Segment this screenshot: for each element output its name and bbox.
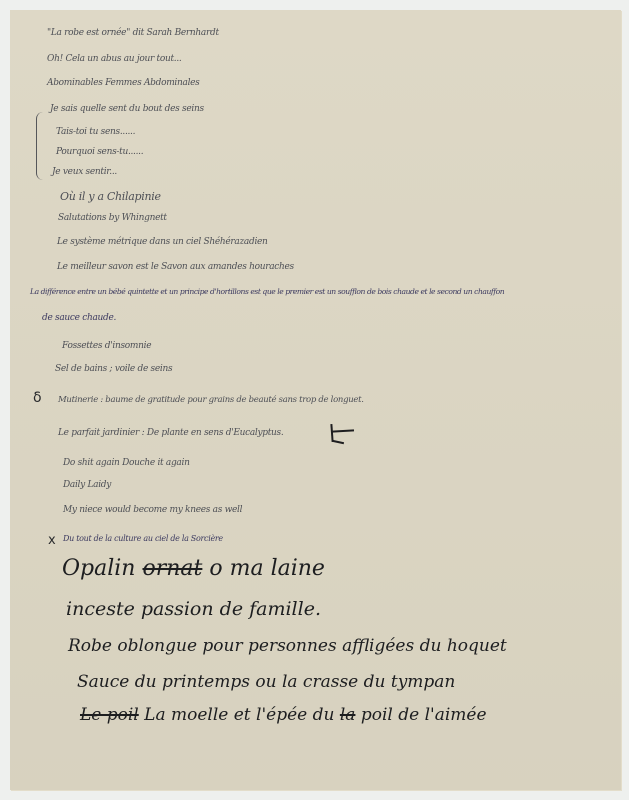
line-text: poil de l'aimée xyxy=(355,705,486,725)
delta-margin-mark: δ xyxy=(33,390,42,406)
manuscript-line: Mutinerie : baume de gratitude pour grai… xyxy=(58,395,364,405)
manuscript-line: Le meilleur savon est le Savon aux amand… xyxy=(57,262,294,272)
line-text: o ma laine xyxy=(202,556,325,581)
x-margin-mark: x xyxy=(48,533,56,548)
corner-bracket-mark xyxy=(327,424,353,442)
manuscript-line: Le système métrique dans un ciel Shéhéra… xyxy=(57,237,268,247)
manuscript-line: Où il y a Chilapinie xyxy=(60,190,161,203)
manuscript-line: Tais-toi tu sens...... xyxy=(56,127,135,137)
manuscript-line: Le parfait jardinier : De plante en sens… xyxy=(58,428,283,438)
manuscript-line: Opalin ornat o ma laine xyxy=(62,556,325,581)
manuscript-line: Fossettes d'insomnie xyxy=(62,341,151,351)
manuscript-line: Sauce du printemps ou la crasse du tympa… xyxy=(77,672,455,692)
manuscript-line: Do shit again Douche it again xyxy=(63,458,190,468)
manuscript-line: Je veux sentir... xyxy=(52,167,117,177)
manuscript-line: Robe oblongue pour personnes affligées d… xyxy=(68,636,507,656)
manuscript-line: "La robe est ornée" dit Sarah Bernhardt xyxy=(47,28,219,38)
manuscript-line: Oh! Cela un abus au jour tout... xyxy=(47,54,181,64)
manuscript-line: Salutations by Whingnett xyxy=(58,213,167,223)
struck-word: la xyxy=(340,705,356,725)
manuscript-line: Je sais quelle sent du bout des seins xyxy=(50,104,204,114)
manuscript-line: Daily Laidy xyxy=(63,480,111,490)
manuscript-line: Sel de bains ; voile de seins xyxy=(55,364,172,374)
manuscript-line: Du tout de la culture au ciel de la Sorc… xyxy=(63,534,223,543)
margin-bracket xyxy=(36,112,43,180)
struck-word: ornat xyxy=(142,556,202,581)
struck-word: Le poil xyxy=(80,705,139,725)
line-text: La moelle et l'épée du xyxy=(139,705,340,725)
manuscript-line: La différence entre un bébé quintette et… xyxy=(30,287,504,296)
manuscript-line: Abominables Femmes Abdominales xyxy=(47,78,200,88)
manuscript-line: de sauce chaude. xyxy=(42,313,116,323)
manuscript-line: My niece would become my knees as well xyxy=(63,505,242,515)
manuscript-line: inceste passion de famille. xyxy=(66,598,321,620)
manuscript-line: Pourquoi sens-tu...... xyxy=(56,147,143,157)
line-text: Opalin xyxy=(62,556,142,581)
manuscript-line: Le poil La moelle et l'épée du la poil d… xyxy=(80,705,487,725)
